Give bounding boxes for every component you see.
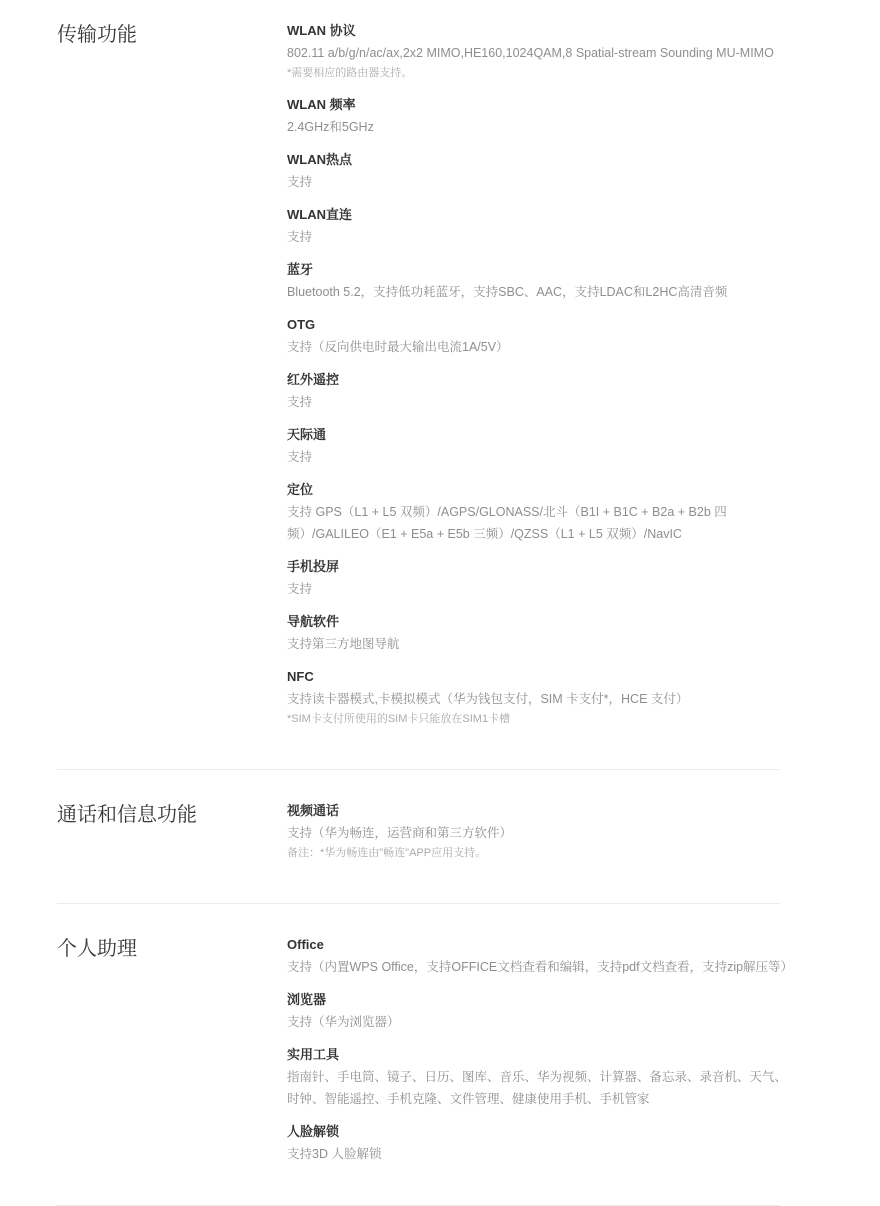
spec-note: *SIM卡支付所使用的SIM卡只能放在SIM1卡槽 <box>287 710 787 729</box>
spec-value: 指南针、手电筒、镜子、日历、图库、音乐、华为视频、计算器、备忘录、录音机、天气、… <box>287 1066 787 1110</box>
section-title: 通话和信息功能 <box>57 802 287 828</box>
spec-item: NFC 支持读卡器模式,卡模拟模式（华为钱包支付，SIM 卡支付*，HCE 支付… <box>287 666 787 729</box>
spec-value: 支持 <box>287 171 787 193</box>
spec-value: 支持 <box>287 446 787 468</box>
spec-value: 支持 <box>287 226 787 248</box>
spec-item: 实用工具 指南针、手电筒、镜子、日历、图库、音乐、华为视频、计算器、备忘录、录音… <box>287 1044 787 1110</box>
spec-value: 2.4GHz和5GHz <box>287 116 787 138</box>
spec-item: 导航软件 支持第三方地图导航 <box>287 611 787 655</box>
spec-label: Office <box>287 934 787 956</box>
spec-item: Office 支持（内置WPS Office，支持OFFICE文档查看和编辑，支… <box>287 934 787 978</box>
spec-item: WLAN 频率 2.4GHz和5GHz <box>287 94 787 138</box>
spec-label: 红外遥控 <box>287 369 787 391</box>
spec-value: 支持（内置WPS Office，支持OFFICE文档查看和编辑，支持pdf文档查… <box>287 956 787 978</box>
spec-value: 支持（华为浏览器） <box>287 1011 787 1033</box>
spec-value: 支持 <box>287 391 787 413</box>
spec-label: 导航软件 <box>287 611 787 633</box>
spec-value: 支持第三方地图导航 <box>287 633 787 655</box>
spec-section: 个人助理 Office 支持（内置WPS Office，支持OFFICE文档查看… <box>57 904 780 1206</box>
spec-label: 实用工具 <box>287 1044 787 1066</box>
spec-label: WLAN 协议 <box>287 20 787 42</box>
spec-value: Bluetooth 5.2，支持低功耗蓝牙，支持SBC、AAC，支持LDAC和L… <box>287 281 787 303</box>
spec-item: WLAN热点 支持 <box>287 149 787 193</box>
spec-label: 人脸解锁 <box>287 1121 787 1143</box>
spec-label: 浏览器 <box>287 989 787 1011</box>
spec-item: 蓝牙 Bluetooth 5.2，支持低功耗蓝牙，支持SBC、AAC，支持LDA… <box>287 259 787 303</box>
spec-label: NFC <box>287 666 787 688</box>
spec-item: 人脸解锁 支持3D 人脸解锁 <box>287 1121 787 1165</box>
spec-value: 支持3D 人脸解锁 <box>287 1143 787 1165</box>
spec-item: OTG 支持（反向供电时最大输出电流1A/5V） <box>287 314 787 358</box>
spec-value: 支持（反向供电时最大输出电流1A/5V） <box>287 336 787 358</box>
spec-label: WLAN 频率 <box>287 94 787 116</box>
spec-label: 定位 <box>287 479 787 501</box>
section-items: Office 支持（内置WPS Office，支持OFFICE文档查看和编辑，支… <box>287 934 787 1165</box>
spec-item: 定位 支持 GPS（L1 + L5 双频）/AGPS/GLONASS/北斗（B1… <box>287 479 787 545</box>
spec-item: 手机投屏 支持 <box>287 556 787 600</box>
spec-item: WLAN直连 支持 <box>287 204 787 248</box>
spec-label: 视频通话 <box>287 800 787 822</box>
spec-page: 传输功能 WLAN 协议 802.11 a/b/g/n/ac/ax,2x2 MI… <box>0 0 880 1206</box>
spec-note: 备注：*华为畅连由"畅连"APP应用支持。 <box>287 844 787 863</box>
spec-section: 传输功能 WLAN 协议 802.11 a/b/g/n/ac/ax,2x2 MI… <box>57 0 780 770</box>
spec-note: *需要相应的路由器支持。 <box>287 64 787 83</box>
spec-label: WLAN直连 <box>287 204 787 226</box>
spec-value: 支持读卡器模式,卡模拟模式（华为钱包支付，SIM 卡支付*，HCE 支付） <box>287 688 787 710</box>
spec-value: 支持（华为畅连，运营商和第三方软件） <box>287 822 787 844</box>
section-title: 个人助理 <box>57 936 287 962</box>
spec-label: 蓝牙 <box>287 259 787 281</box>
spec-value: 802.11 a/b/g/n/ac/ax,2x2 MIMO,HE160,1024… <box>287 42 787 64</box>
spec-item: 视频通话 支持（华为畅连，运营商和第三方软件） 备注：*华为畅连由"畅连"APP… <box>287 800 787 863</box>
spec-item: WLAN 协议 802.11 a/b/g/n/ac/ax,2x2 MIMO,HE… <box>287 20 787 83</box>
spec-label: OTG <box>287 314 787 336</box>
spec-label: WLAN热点 <box>287 149 787 171</box>
spec-item: 红外遥控 支持 <box>287 369 787 413</box>
spec-label: 手机投屏 <box>287 556 787 578</box>
section-title: 传输功能 <box>57 22 287 48</box>
spec-value: 支持 <box>287 578 787 600</box>
section-items: 视频通话 支持（华为畅连，运营商和第三方软件） 备注：*华为畅连由"畅连"APP… <box>287 800 787 863</box>
section-items: WLAN 协议 802.11 a/b/g/n/ac/ax,2x2 MIMO,HE… <box>287 20 787 729</box>
spec-label: 天际通 <box>287 424 787 446</box>
spec-item: 天际通 支持 <box>287 424 787 468</box>
spec-item: 浏览器 支持（华为浏览器） <box>287 989 787 1033</box>
spec-section: 通话和信息功能 视频通话 支持（华为畅连，运营商和第三方软件） 备注：*华为畅连… <box>57 770 780 904</box>
spec-sections: 传输功能 WLAN 协议 802.11 a/b/g/n/ac/ax,2x2 MI… <box>0 0 880 1206</box>
spec-value: 支持 GPS（L1 + L5 双频）/AGPS/GLONASS/北斗（B1I +… <box>287 501 787 545</box>
